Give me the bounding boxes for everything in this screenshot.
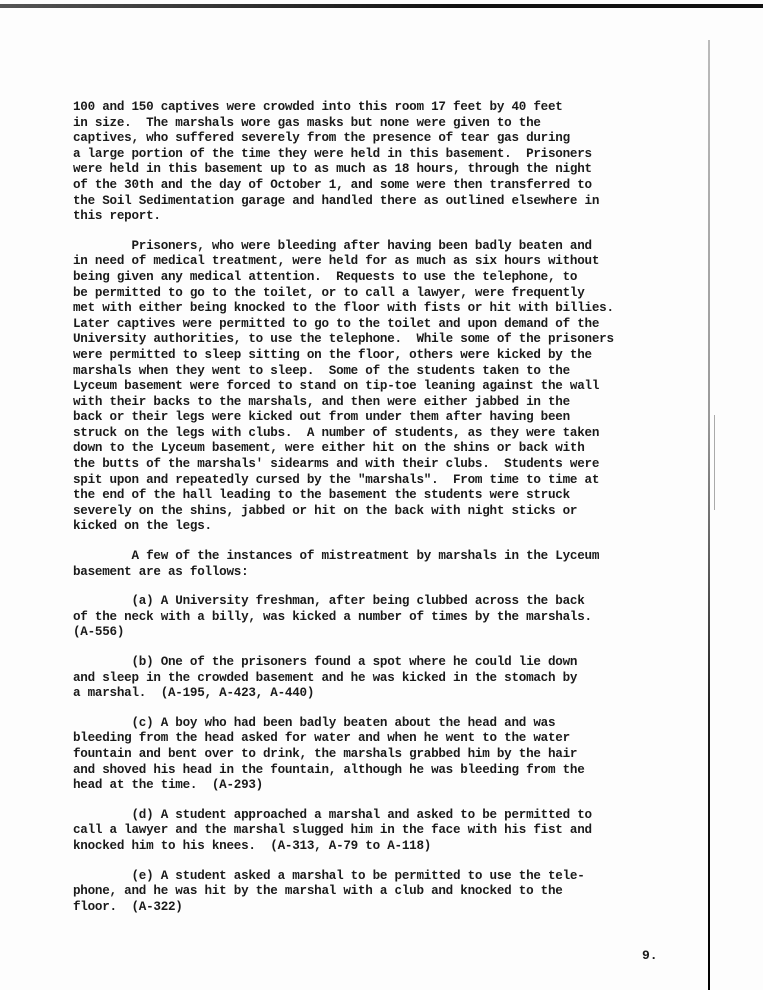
instance-b: (b) One of the prisoners found a spot wh…: [73, 655, 633, 702]
text-line: with their backs to the marshals, and th…: [73, 395, 633, 411]
text-line: in size. The marshals wore gas masks but…: [73, 116, 633, 132]
text-line: being given any medical attention. Reque…: [73, 270, 633, 286]
text-line: of the 30th and the day of October 1, an…: [73, 178, 633, 194]
instance-c: (c) A boy who had been badly beaten abou…: [73, 716, 633, 794]
text-line: (d) A student approached a marshal and a…: [73, 808, 633, 824]
text-line: back or their legs were kicked out from …: [73, 410, 633, 426]
text-line: 100 and 150 captives were crowded into t…: [73, 100, 633, 116]
text-line: down to the Lyceum basement, were either…: [73, 441, 633, 457]
text-line: struck on the legs with clubs. A number …: [73, 426, 633, 442]
text-line: spit upon and repeatedly cursed by the "…: [73, 473, 633, 489]
text-line: phone, and he was hit by the marshal wit…: [73, 884, 633, 900]
paragraph-basement-crowding: 100 and 150 captives were crowded into t…: [73, 100, 633, 225]
document-body: 100 and 150 captives were crowded into t…: [73, 100, 633, 929]
text-line: met with either being knocked to the flo…: [73, 301, 633, 317]
text-line: Prisoners, who were bleeding after havin…: [73, 239, 633, 255]
scan-binding-edge-shadow: [714, 415, 715, 510]
instance-e: (e) A student asked a marshal to be perm…: [73, 869, 633, 916]
text-line: of the neck with a billy, was kicked a n…: [73, 610, 633, 626]
text-line: and shoved his head in the fountain, alt…: [73, 763, 633, 779]
text-line: severely on the shins, jabbed or hit on …: [73, 504, 633, 520]
text-line: (e) A student asked a marshal to be perm…: [73, 869, 633, 885]
text-line: A few of the instances of mistreatment b…: [73, 549, 633, 565]
text-line: captives, who suffered severely from the…: [73, 131, 633, 147]
text-line: be permitted to go to the toilet, or to …: [73, 286, 633, 302]
text-line: knocked him to his knees. (A-313, A-79 t…: [73, 839, 633, 855]
text-line: a large portion of the time they were he…: [73, 147, 633, 163]
text-line: marshals when they went to sleep. Some o…: [73, 364, 633, 380]
instance-d: (d) A student approached a marshal and a…: [73, 808, 633, 855]
text-line: (a) A University freshman, after being c…: [73, 594, 633, 610]
scan-top-edge: [0, 4, 763, 8]
text-line: and sleep in the crowded basement and he…: [73, 671, 633, 687]
text-line: call a lawyer and the marshal slugged hi…: [73, 823, 633, 839]
paragraph-instances-intro: A few of the instances of mistreatment b…: [73, 549, 633, 580]
text-line: were held in this basement up to as much…: [73, 162, 633, 178]
text-line: bleeding from the head asked for water a…: [73, 731, 633, 747]
text-line: (b) One of the prisoners found a spot wh…: [73, 655, 633, 671]
text-line: head at the time. (A-293): [73, 778, 633, 794]
text-line: floor. (A-322): [73, 900, 633, 916]
text-line: a marshal. (A-195, A-423, A-440): [73, 686, 633, 702]
text-line: fountain and bent over to drink, the mar…: [73, 747, 633, 763]
instance-a: (a) A University freshman, after being c…: [73, 594, 633, 641]
text-line: Later captives were permitted to go to t…: [73, 317, 633, 333]
paragraph-prisoners-treatment: Prisoners, who were bleeding after havin…: [73, 239, 633, 535]
text-line: kicked on the legs.: [73, 519, 633, 535]
text-line: basement are as follows:: [73, 565, 633, 581]
text-line: the end of the hall leading to the basem…: [73, 488, 633, 504]
text-line: (c) A boy who had been badly beaten abou…: [73, 716, 633, 732]
text-line: the butts of the marshals' sidearms and …: [73, 457, 633, 473]
text-line: the Soil Sedimentation garage and handle…: [73, 194, 633, 210]
text-line: in need of medical treatment, were held …: [73, 254, 633, 270]
text-line: (A-556): [73, 625, 633, 641]
page-number: 9.: [642, 948, 658, 963]
text-line: this report.: [73, 209, 633, 225]
scan-binding-edge: [708, 40, 710, 990]
text-line: were permitted to sleep sitting on the f…: [73, 348, 633, 364]
text-line: Lyceum basement were forced to stand on …: [73, 379, 633, 395]
text-line: University authorities, to use the telep…: [73, 332, 633, 348]
